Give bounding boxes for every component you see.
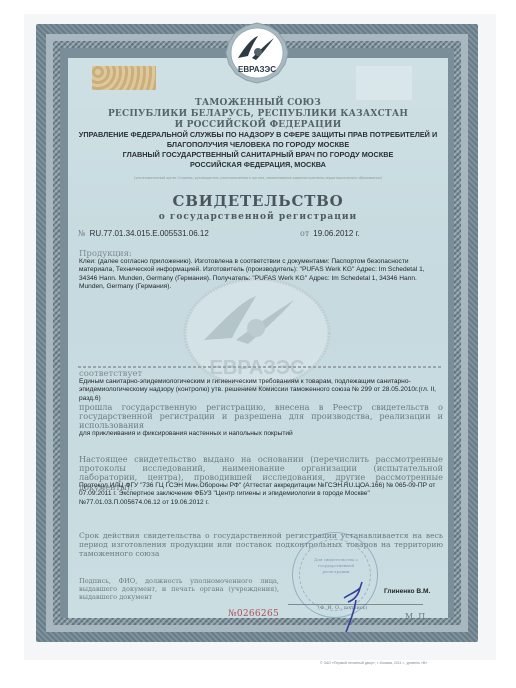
registration-date: от19.06.2012 г. (300, 229, 360, 238)
usage-scope: для приклеивания и фиксирования настенны… (79, 430, 443, 438)
signer-name: Глиненко В.М. (384, 588, 430, 595)
seal-place: М. П. (405, 612, 428, 621)
header-line: РЕСПУБЛИКИ БЕЛАРУСЬ, РЕСПУБЛИКИ КАЗАХСТА… (68, 109, 448, 120)
agency-line: УПРАВЛЕНИЕ ФЕДЕРАЛЬНОЙ СЛУЖБЫ ПО НАДЗОРУ… (68, 130, 448, 140)
date-label: от (300, 229, 309, 238)
printer-note: © ЗАО «Первый печатный двор», г. Москва,… (320, 661, 427, 665)
number-label: № (78, 229, 86, 238)
date-value: 19.06.2012 г. (313, 229, 359, 238)
registration-statement: прошла государственную регистрацию, внес… (79, 403, 443, 431)
agency-header: УПРАВЛЕНИЕ ФЕДЕРАЛЬНОЙ СЛУЖБЫ ПО НАДЗОРУ… (68, 130, 448, 170)
serial-number: №0266265 (228, 609, 279, 619)
conformity-text: Единым санитарно-эпидемиологическим и ги… (79, 378, 443, 403)
fine-print-line (78, 366, 442, 368)
authority-note: (уполномоченный орган Стороны, руководит… (108, 176, 408, 180)
agency-line: ГЛАВНЫЙ ГОСУДАРСТВЕННЫЙ САНИТАРНЫЙ ВРАЧ … (68, 150, 448, 160)
header-line: ТАМОЖЕННЫЙ СОЮЗ (68, 98, 448, 109)
registration-number: №RU.77.01.34.015.Е.005531.06.12 (78, 229, 209, 238)
agency-line: РОССИЙСКАЯ ФЕДЕРАЦИЯ, МОСКВА (68, 160, 448, 170)
signature-icon (338, 578, 378, 634)
validity-statement: Срок действия свидетельства о государств… (79, 531, 443, 558)
agency-line: БЛАГОПОЛУЧИЯ ЧЕЛОВЕКА ПО ГОРОДУ МОСКВЕ (68, 140, 448, 150)
product-description: Клеи: (далее согласно приложению). Изгот… (79, 258, 443, 292)
union-header: ТАМОЖЕННЫЙ СОЮЗ РЕСПУБЛИКИ БЕЛАРУСЬ, РЕС… (68, 98, 448, 131)
document-subtitle: о государственной регистрации (68, 212, 448, 222)
stamp-text: Для свидетельства о государственной реги… (311, 557, 361, 575)
basis-documents: Протокол ИЛЦ ФГУ "736 ГЦ ГСЭН Мин.Оборон… (79, 482, 443, 507)
document-title: СВИДЕТЕЛЬСТВО (68, 192, 448, 210)
number-value: RU.77.01.34.015.Е.005531.06.12 (90, 229, 209, 238)
signature-label: Подпись, ФИО, должность уполномоченного … (79, 577, 279, 601)
